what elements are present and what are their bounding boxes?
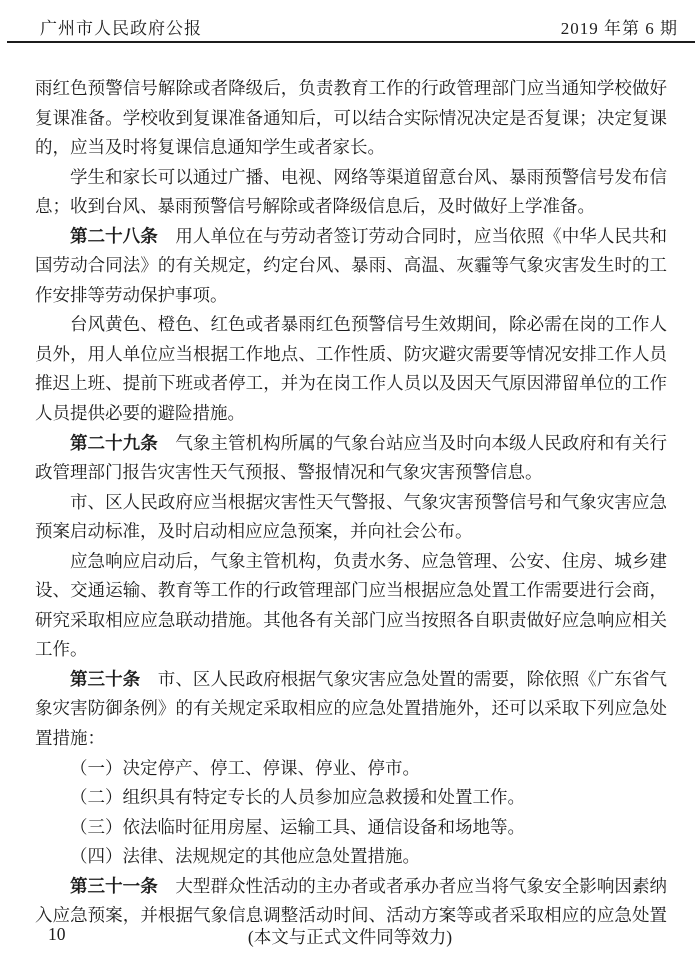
body-line: 设、交通运输、教育等工作的行政管理部门应当根据应急处置工作需要进行会商， [35,576,667,606]
gazette-title: 广州市人民政府公报 [40,14,202,39]
footer-note: (本文与正式文件同等效力) [0,924,700,949]
body-line: 息；收到台风、暴雨预警信号解除或者降级信息后，及时做好上学准备。 [35,192,667,222]
article-number: 第二十八条 [70,226,158,246]
body-line: 置措施： [35,724,667,754]
body-text: 员外，用人单位应当根据工作地点、工作性质、防灾避灾需要等情况安排工作人员 [35,344,667,364]
body-text: 复课准备。学校收到复课准备通知后，可以结合实际情况决定是否复课；决定复课 [35,108,667,128]
body-text: 人员提供必要的避险措施。 [35,403,245,423]
body-line: 预案启动标准，及时启动相应应急预案，并向社会公布。 [35,517,667,547]
body-text: 台风黄色、橙色、红色或者暴雨红色预警信号生效期间，除必需在岗的工作人 [70,314,667,334]
body-text: 象灾害防御条例》的有关规定采取相应的应急处置措施外，还可以采取下列应急处 [35,698,667,718]
body-line: 雨红色预警信号解除或者降级后，负责教育工作的行政管理部门应当通知学校做好 [35,74,667,104]
article-number: 第三十条 [70,669,140,689]
body-line: 的，应当及时将复课信息通知学生或者家长。 [35,133,667,163]
body-text: 的，应当及时将复课信息通知学生或者家长。 [35,137,385,157]
body-line: 台风黄色、橙色、红色或者暴雨红色预警信号生效期间，除必需在岗的工作人 [35,310,667,340]
body-text: 息；收到台风、暴雨预警信号解除或者降级信息后，及时做好上学准备。 [35,196,595,216]
body-line: 象灾害防御条例》的有关规定采取相应的应急处置措施外，还可以采取下列应急处 [35,694,667,724]
body-text: 大型群众性活动的主办者或者承办者应当将气象安全影响因素纳 [158,876,667,896]
body-text: 雨红色预警信号解除或者降级后，负责教育工作的行政管理部门应当通知学校做好 [35,78,667,98]
issue-number: 2019 年第 6 期 [561,14,678,39]
body-text: 学生和家长可以通过广播、电视、网络等渠道留意台风、暴雨预警信号发布信 [70,167,667,187]
body-line: 作安排等劳动保护事项。 [35,281,667,311]
body-line: 国劳动合同法》的有关规定，约定台风、暴雨、高温、灰霾等气象灾害发生时的工 [35,251,667,281]
body-line: （二）组织具有特定专长的人员参加应急救援和处置工作。 [35,783,667,813]
body-text: 置措施： [35,728,105,748]
body-text: 市、区人民政府根据气象灾害应急处置的需要，除依照《广东省气 [140,669,667,689]
page-header: 广州市人民政府公报 2019 年第 6 期 [40,14,678,39]
body-text: 政管理部门报告灾害性天气预报、警报情况和气象灾害预警信息。 [35,462,543,482]
body-text: 国劳动合同法》的有关规定，约定台风、暴雨、高温、灰霾等气象灾害发生时的工 [35,255,667,275]
document-body: 雨红色预警信号解除或者降级后，负责教育工作的行政管理部门应当通知学校做好复课准备… [35,74,667,931]
body-text: 设、交通运输、教育等工作的行政管理部门应当根据应急处置工作需要进行会商， [35,580,667,600]
body-line: 人员提供必要的避险措施。 [35,399,667,429]
body-text: （一）决定停产、停工、停课、停业、停市。 [70,758,420,778]
body-text: （二）组织具有特定专长的人员参加应急救援和处置工作。 [70,787,525,807]
body-text: 气象主管机构所属的气象台站应当及时向本级人民政府和有关行 [158,433,667,453]
body-line: （四）法律、法规规定的其他应急处置措施。 [35,842,667,872]
body-line: 学生和家长可以通过广播、电视、网络等渠道留意台风、暴雨预警信号发布信 [35,163,667,193]
article-number: 第二十九条 [70,433,158,453]
body-text: 研究采取相应应急联动措施。其他各有关部门应当按照各自职责做好应急响应相关 [35,610,667,630]
body-text: （三）依法临时征用房屋、运输工具、通信设备和场地等。 [70,817,525,837]
body-text: 入应急预案，并根据气象信息调整活动时间、活动方案等或者采取相应的应急处置 [35,905,667,925]
header-rule [7,41,695,43]
body-text: 推迟上班、提前下班或者停工，并为在岗工作人员以及因天气原因滞留单位的工作 [35,373,667,393]
body-line: 研究采取相应应急联动措施。其他各有关部门应当按照各自职责做好应急响应相关 [35,606,667,636]
body-text: （四）法律、法规规定的其他应急处置措施。 [70,846,420,866]
body-line: （三）依法临时征用房屋、运输工具、通信设备和场地等。 [35,813,667,843]
article-number: 第三十一条 [70,876,158,896]
body-line: （一）决定停产、停工、停课、停业、停市。 [35,754,667,784]
body-text: 应急响应启动后，气象主管机构，负责水务、应急管理、公安、住房、城乡建 [70,551,667,571]
body-text: 用人单位在与劳动者签订劳动合同时，应当依照《中华人民共和 [158,226,667,246]
body-line: 应急响应启动后，气象主管机构，负责水务、应急管理、公安、住房、城乡建 [35,547,667,577]
body-line: 复课准备。学校收到复课准备通知后，可以结合实际情况决定是否复课；决定复课 [35,104,667,134]
body-line: 第二十八条 用人单位在与劳动者签订劳动合同时，应当依照《中华人民共和 [35,222,667,252]
body-line: 推迟上班、提前下班或者停工，并为在岗工作人员以及因天气原因滞留单位的工作 [35,369,667,399]
body-text: 市、区人民政府应当根据灾害性天气警报、气象灾害预警信号和气象灾害应急 [70,492,667,512]
body-line: 第三十一条 大型群众性活动的主办者或者承办者应当将气象安全影响因素纳 [35,872,667,902]
body-line: 政管理部门报告灾害性天气预报、警报情况和气象灾害预警信息。 [35,458,667,488]
body-line: 第二十九条 气象主管机构所属的气象台站应当及时向本级人民政府和有关行 [35,429,667,459]
body-line: 员外，用人单位应当根据工作地点、工作性质、防灾避灾需要等情况安排工作人员 [35,340,667,370]
body-text: 作安排等劳动保护事项。 [35,285,228,305]
body-line: 工作。 [35,635,667,665]
body-text: 预案启动标准，及时启动相应应急预案，并向社会公布。 [35,521,473,541]
body-line: 市、区人民政府应当根据灾害性天气警报、气象灾害预警信号和气象灾害应急 [35,488,667,518]
body-text: 工作。 [35,639,88,659]
body-line: 第三十条 市、区人民政府根据气象灾害应急处置的需要，除依照《广东省气 [35,665,667,695]
